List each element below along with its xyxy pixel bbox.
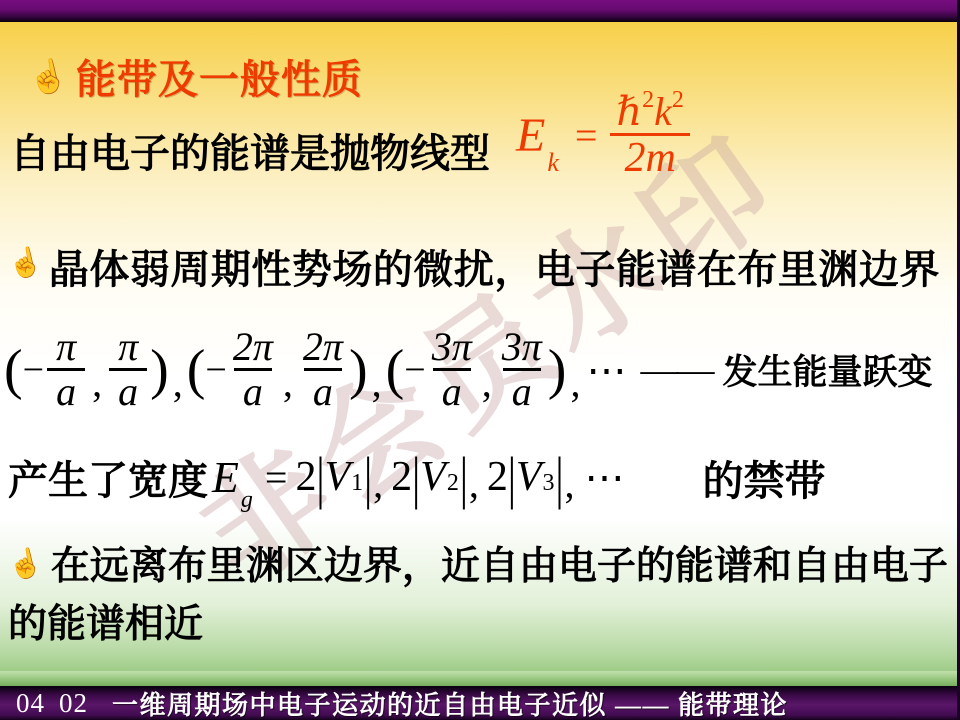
open-paren: ( [4,342,23,398]
energy-jump-label: 发生能量跃变 [722,345,932,395]
close-paren: ) [349,342,368,398]
coefficient: 2 [487,453,508,501]
v-symbol: V [420,453,446,501]
comma: , [565,460,575,507]
fraction-denominator: a [304,368,342,413]
ek-formula: E k = ℏ 2 k 2 2m [516,92,693,180]
abs-bar: | [364,443,372,511]
free-electron-statement: 自由电子的能谱是抛物线型 [10,122,490,179]
coefficient: 2 [391,453,412,501]
footer-title: 一维周期场中电子运动的近自由电子近似 —— 能带理论 [112,685,788,720]
close-paren: ) [548,342,567,398]
perturbation-bullet: ☝ 晶体弱周期性势场的微扰，电子能谱在布里渊边界 [8,238,940,295]
ek-numerator: ℏ 2 k 2 [613,92,687,133]
comma: , [173,359,183,406]
gap-term-v1: 2 | V 1 | , [295,453,391,501]
abs-bar: | [412,443,420,511]
fraction-numerator: 3π [429,327,475,368]
band-gap-line: 产生了宽度 E g = 2 | V 1 | , 2 | V 2 | , 2 [8,436,826,518]
comma: , [482,359,492,406]
comma: , [570,359,580,406]
three-pi-over-a-fraction: 3π a [499,327,545,413]
fraction-numerator: π [115,327,141,368]
ek-denominator: 2m [610,133,689,180]
gap-prefix-text: 产生了宽度 [8,449,208,506]
open-paren: ( [386,342,405,398]
ek-symbol: E [516,108,545,163]
ek-subscript: k [547,148,559,178]
fraction-denominator: a [234,368,272,413]
hbar-exponent: 2 [642,88,654,112]
abs-bar: | [316,443,324,511]
slide: 非会员水印 ☝ 能带及一般性质 自由电子的能谱是抛物线型 E k = ℏ 2 k… [0,0,960,720]
hbar-symbol: ℏ [616,92,642,133]
perturbation-text: 晶体弱周期性势场的微扰，电子能谱在布里渊边界 [49,238,940,295]
abs-bar: | [556,443,564,511]
comma: , [92,359,102,406]
v-symbol: V [324,453,350,501]
equals-sign: = [265,454,288,501]
abs-bar: | [460,443,468,511]
section-title: 能带及一般性质 [76,48,363,105]
abs-bar: | [508,443,516,511]
pointing-hand-icon: ☝ [25,57,71,97]
v-subscript: 2 [447,470,459,497]
open-paren: ( [187,342,206,398]
pi-over-a-fraction: π a [109,327,147,413]
fraction-denominator: a [47,368,85,413]
comma: , [372,359,382,406]
two-pi-over-a-fraction: 2π a [300,327,346,413]
top-decoration-bar [0,0,960,22]
pi-over-a-fraction: π a [47,327,85,413]
em-dash: —— [640,348,712,392]
section-number: 02 [59,688,88,719]
comma: , [469,460,479,507]
pointing-hand-icon: ☝ [5,247,45,282]
pointing-hand-icon: ☝ [5,548,45,583]
section-headline: ☝ 能带及一般性质 [28,48,363,105]
minus-sign: − [23,348,44,392]
coefficient: 2 [295,453,316,501]
v-subscript: 3 [543,470,555,497]
gap-term-v2: 2 | V 2 | , [391,453,487,501]
fraction-numerator: 3π [499,327,545,368]
v-symbol: V [516,453,542,501]
gap-suffix-text: 的禁带 [703,448,826,507]
ellipsis: ⋯ [586,347,626,394]
equals-sign: = [575,112,598,159]
eg-symbol: E [212,452,239,503]
k-symbol: k [654,92,672,133]
chapter-number: 04 [16,688,45,719]
close-paren: ) [150,342,169,398]
ellipsis: ⋯ [585,454,625,501]
brillouin-intervals-line: ( − π a , π a ) , ( − 2π a , 2π a [4,316,932,424]
fraction-numerator: 2π [300,327,346,368]
fraction-denominator: a [503,368,541,413]
eg-subscript: g [241,487,253,514]
two-pi-over-a-fraction: 2π a [230,327,276,413]
comma: , [283,359,293,406]
comma: , [373,460,383,507]
three-pi-over-a-fraction: 3π a [429,327,475,413]
v-subscript: 1 [351,470,363,497]
ek-fraction: ℏ 2 k 2 2m [610,92,689,180]
minus-sign: − [404,348,425,392]
fraction-numerator: 2π [230,327,276,368]
footer-bar: 04 02 一维周期场中电子运动的近自由电子近似 —— 能带理论 [0,686,960,720]
fraction-denominator: a [433,368,471,413]
slide-content: ☝ 能带及一般性质 自由电子的能谱是抛物线型 E k = ℏ 2 k 2 2m … [0,0,960,720]
fraction-denominator: a [109,368,147,413]
minus-sign: − [205,348,226,392]
far-from-boundary-bullet: ☝在远离布里渊区边界，近自由电子的能谱和自由电子的能谱相近 [8,538,956,653]
fraction-numerator: π [53,327,79,368]
gap-term-v3: 2 | V 3 | , [487,453,583,501]
far-from-boundary-text: 在远离布里渊区边界，近自由电子的能谱和自由电子的能谱相近 [8,545,948,646]
k-exponent: 2 [672,88,684,112]
